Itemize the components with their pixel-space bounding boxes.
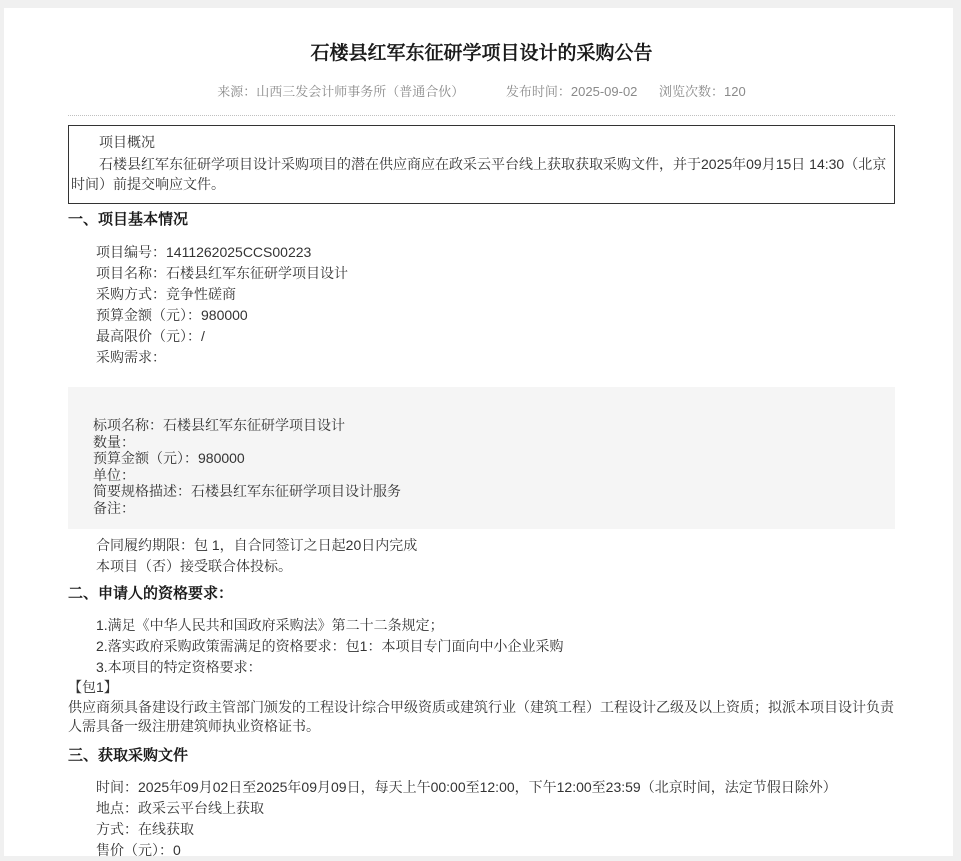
- consortium-bid-line: 本项目（否）接受联合体投标。: [96, 556, 895, 577]
- section2-heading: 二、申请人的资格要求：: [68, 584, 895, 604]
- lot-unit-line: 单位：: [93, 467, 875, 484]
- overview-body: 石楼县红军东征研学项目设计采购项目的潜在供应商应在政采云平台线上获取获取采购文件…: [71, 154, 888, 194]
- qualification-line-2: 2.落实政府采购政策需满足的资格要求：包1：本项目专门面向中小企业采购: [96, 636, 895, 657]
- qualification-line-1: 1.满足《中华人民共和国政府采购法》第二十二条规定；: [96, 615, 895, 636]
- qualification-requirements: 1.满足《中华人民共和国政府采购法》第二十二条规定； 2.落实政府采购政策需满足…: [68, 615, 895, 678]
- acquisition-place-line: 地点：政采云平台线上获取: [96, 798, 895, 819]
- contract-info: 合同履约期限：包 1，自合同签订之日起20日内完成 本项目（否）接受联合体投标。: [68, 535, 895, 577]
- overview-heading: 项目概况: [71, 132, 888, 152]
- procurement-demand-line: 采购需求：: [96, 347, 895, 368]
- announcement-sheet: 石楼县红军东征研学项目设计的采购公告 来源：山西三发会计师事务所（普通合伙） 发…: [4, 8, 953, 856]
- meta-publish-time: 发布时间：2025-09-02: [506, 83, 638, 101]
- price-line: 售价（元）：0: [96, 840, 895, 857]
- lot-name-line: 标项名称：石楼县红军东征研学项目设计: [93, 417, 875, 434]
- contract-period-line: 合同履约期限：包 1，自合同签订之日起20日内完成: [96, 535, 895, 556]
- budget-amount-line: 预算金额（元）：980000: [96, 305, 895, 326]
- lot-quantity-line: 数量：: [93, 434, 875, 451]
- package1-text: 供应商须具备建设行政主管部门颁发的工程设计综合甲级资质或建筑行业（建筑工程）工程…: [68, 698, 895, 737]
- lot-remark-line: 备注：: [93, 500, 875, 517]
- meta-view-count: 浏览次数：120: [659, 83, 746, 101]
- meta-row: 来源：山西三发会计师事务所（普通合伙） 发布时间：2025-09-02 浏览次数…: [68, 83, 895, 101]
- lot-budget-line: 预算金额（元）：980000: [93, 450, 875, 467]
- procurement-method-line: 采购方式：竞争性磋商: [96, 284, 895, 305]
- meta-source: 来源：山西三发会计师事务所（普通合伙）: [217, 83, 464, 101]
- project-overview-box: 项目概况 石楼县红军东征研学项目设计采购项目的潜在供应商应在政采云平台线上获取获…: [68, 125, 895, 204]
- qualification-line-3: 3.本项目的特定资格要求：: [96, 657, 895, 678]
- package1-requirement: 【包1】 供应商须具备建设行政主管部门颁发的工程设计综合甲级资质或建筑行业（建筑…: [68, 678, 895, 737]
- lot-detail-box: 标项名称：石楼县红军东征研学项目设计 数量： 预算金额（元）：980000 单位…: [68, 387, 895, 529]
- dotted-separator: [68, 115, 895, 116]
- acquisition-time-line: 时间：2025年09月02日至2025年09月09日，每天上午00:00至12:…: [96, 777, 895, 798]
- page-title: 石楼县红军东征研学项目设计的采购公告: [68, 41, 895, 67]
- acquisition-method-line: 方式：在线获取: [96, 819, 895, 840]
- section1-heading: 一、项目基本情况: [68, 210, 895, 230]
- project-number-line: 项目编号：1411262025CCS00223: [96, 242, 895, 263]
- package1-label: 【包1】: [68, 678, 895, 698]
- section1-basic-info: 项目编号：1411262025CCS00223 项目名称：石楼县红军东征研学项目…: [68, 242, 895, 368]
- max-price-line: 最高限价（元）：/: [96, 326, 895, 347]
- section3-heading: 三、获取采购文件: [68, 746, 895, 766]
- lot-spec-line: 简要规格描述：石楼县红军东征研学项目设计服务: [93, 483, 875, 500]
- document-acquisition-info: 时间：2025年09月02日至2025年09月09日，每天上午00:00至12:…: [68, 777, 895, 857]
- project-name-line: 项目名称：石楼县红军东征研学项目设计: [96, 263, 895, 284]
